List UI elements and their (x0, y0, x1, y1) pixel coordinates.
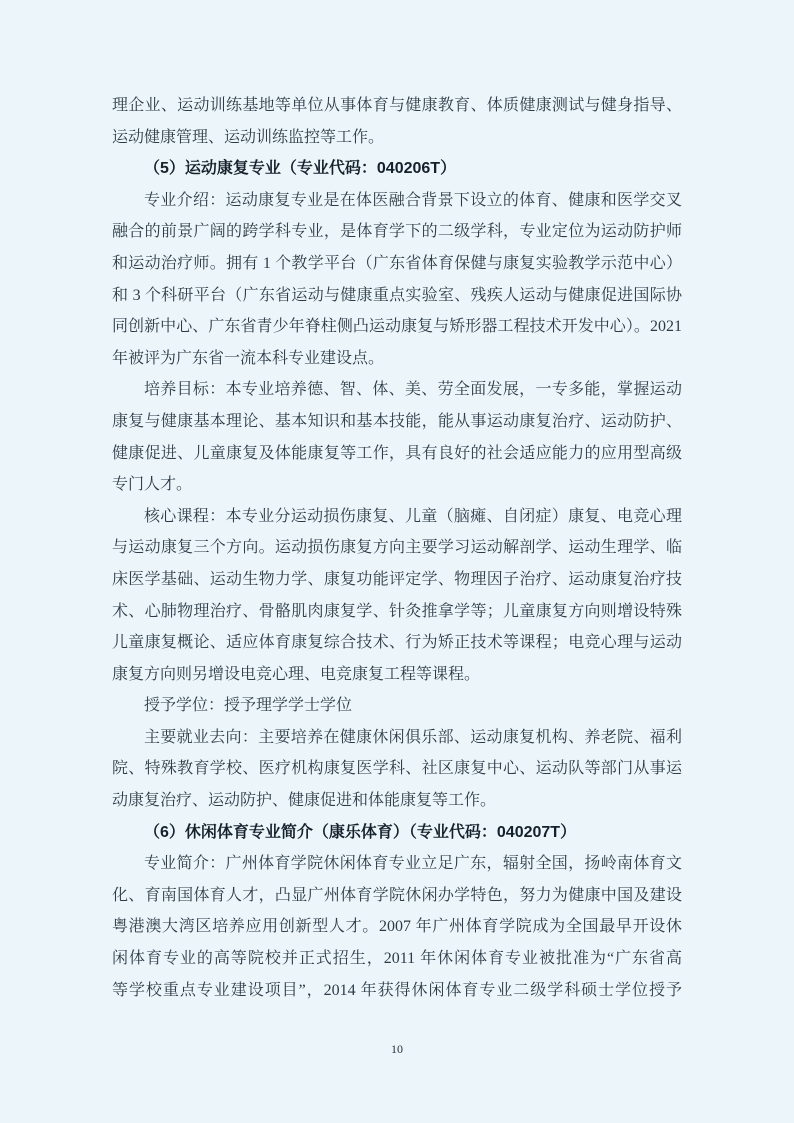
text-line: 等学校重点专业建设项目”，2014 年获得休闲体育专业二级学科硕士学位授予 (112, 975, 682, 1007)
text-line: 融合的前景广阔的跨学科专业，是体育学下的二级学科，专业定位为运动防护师 (112, 216, 682, 248)
text-line: 动康复治疗、运动防护、健康促进和体能康复等工作。 (112, 785, 682, 817)
document-page: 理企业、运动训练基地等单位从事体育与健康教育、体质健康测试与健身指导、运动健康管… (0, 0, 794, 1123)
text-line: 同创新中心、广东省青少年脊柱侧凸运动康复与矫形器工程技术开发中心）。2021 (112, 311, 682, 343)
text-line: 专业介绍：运动康复专业是在体医融合背景下设立的体育、健康和医学交叉 (112, 185, 682, 217)
text-line: 年被评为广东省一流本科专业建设点。 (112, 343, 682, 375)
text-line: 康复方向则另增设电竞心理、电竞康复工程等课程。 (112, 659, 682, 691)
text-line: 核心课程：本专业分运动损伤康复、儿童（脑瘫、自闭症）康复、电竞心理 (112, 501, 682, 533)
text-line: 与运动康复三个方向。运动损伤康复方向主要学习运动解剖学、运动生理学、临 (112, 532, 682, 564)
text-line: 专门人才。 (112, 469, 682, 501)
text-line: 授予学位：授予理学学士学位 (112, 690, 682, 722)
text-line: 主要就业去向：主要培养在健康休闲俱乐部、运动康复机构、养老院、福利 (112, 722, 682, 754)
text-line: 理企业、运动训练基地等单位从事体育与健康教育、体质健康测试与健身指导、 (112, 90, 682, 122)
text-line: 培养目标：本专业培养德、智、体、美、劳全面发展，一专多能，掌握运动 (112, 374, 682, 406)
text-line: 运动健康管理、运动训练监控等工作。 (112, 122, 682, 154)
text-line: 康复与健康基本理论、基本知识和基本技能，能从事运动康复治疗、运动防护、 (112, 406, 682, 438)
section-heading: （5）运动康复专业（专业代码：040206T） (112, 153, 682, 185)
page-number: 10 (391, 1042, 403, 1056)
section-heading: （6）休闲体育专业简介（康乐体育）（专业代码：040207T） (112, 817, 682, 849)
page-footer: 10 (0, 1040, 794, 1058)
text-line: 儿童康复概论、适应体育康复综合技术、行为矫正技术等课程；电竞心理与运动 (112, 627, 682, 659)
text-line: 化、育南国体育人才，凸显广州体育学院休闲办学特色，努力为健康中国及建设 (112, 880, 682, 912)
text-line: 闲体育专业的高等院校并正式招生，2011 年休闲体育专业被批准为“广东省高 (112, 943, 682, 975)
document-body: 理企业、运动训练基地等单位从事体育与健康教育、体质健康测试与健身指导、运动健康管… (112, 90, 682, 1006)
text-line: 术、心肺物理治疗、骨骼肌肉康复学、针灸推拿学等；儿童康复方向则增设特殊 (112, 596, 682, 628)
document-screenshot: { "page": { "number": "10", "background_… (0, 0, 794, 1123)
text-line: 床医学基础、运动生物力学、康复功能评定学、物理因子治疗、运动康复治疗技 (112, 564, 682, 596)
text-line: 和运动治疗师。拥有 1 个教学平台（广东省体育保健与康复实验教学示范中心） (112, 248, 682, 280)
text-line: 粤港澳大湾区培养应用创新型人才。2007 年广州体育学院成为全国最早开设休 (112, 911, 682, 943)
text-line: 健康促进、儿童康复及体能康复等工作，具有良好的社会适应能力的应用型高级 (112, 438, 682, 470)
text-line: 院、特殊教育学校、医疗机构康复医学科、社区康复中心、运动队等部门从事运 (112, 753, 682, 785)
text-line: 专业简介：广州体育学院休闲体育专业立足广东，辐射全国，扬岭南体育文 (112, 848, 682, 880)
text-line: 和 3 个科研平台（广东省运动与健康重点实验室、残疾人运动与健康促进国际协 (112, 280, 682, 312)
